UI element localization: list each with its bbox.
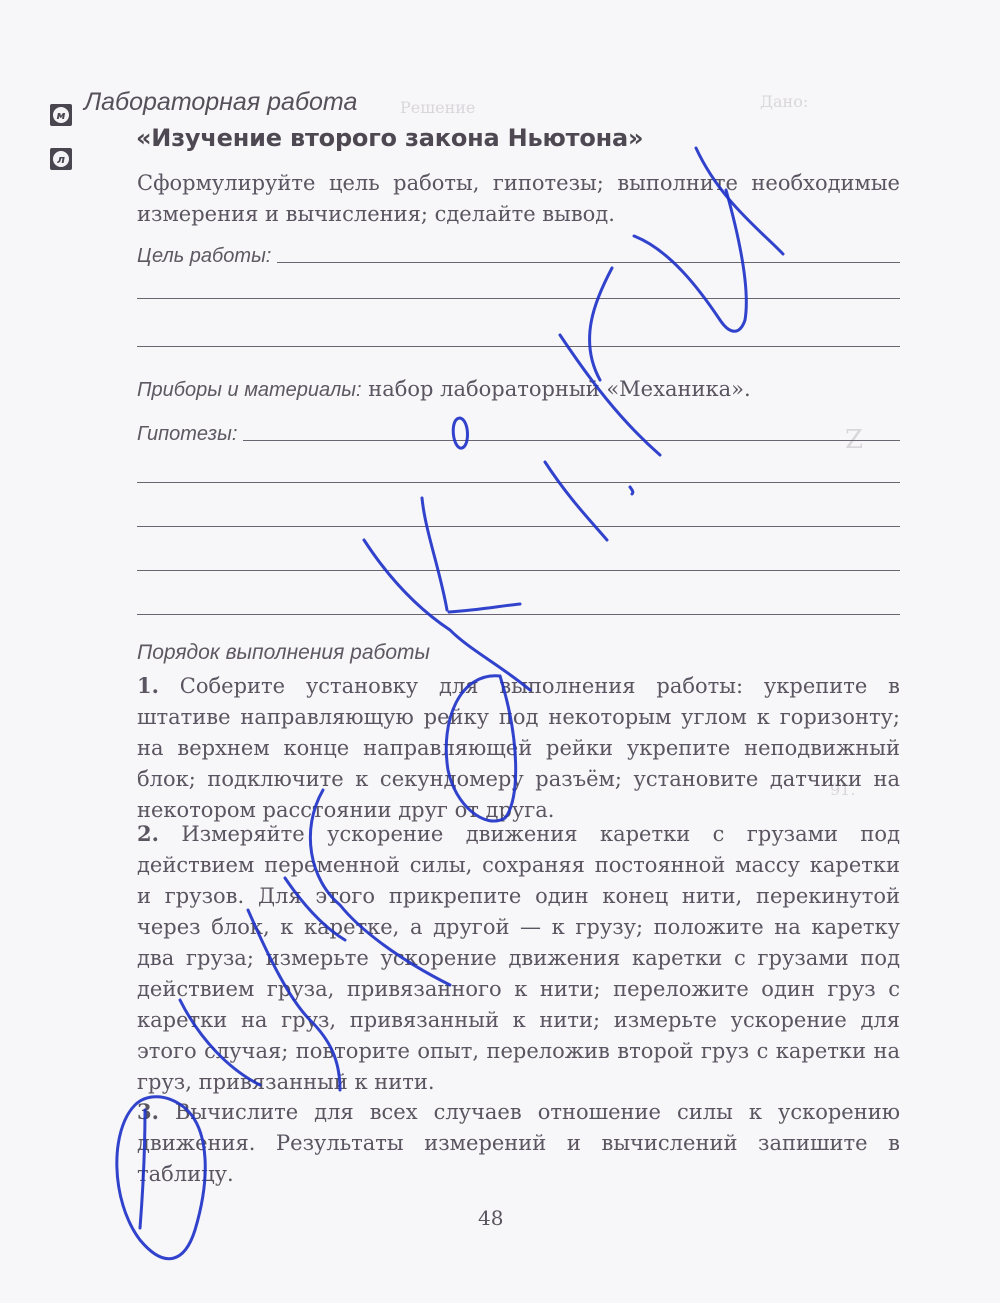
hypotheses-line-3[interactable] [137,526,900,527]
procedure-heading: Порядок выполнения работы [137,641,430,665]
hypotheses-line-5[interactable] [137,614,900,615]
hypotheses-label: Гипотезы: [137,423,237,446]
intro-instructions: Сформулируйте цель работы, гипотезы; вып… [137,168,900,230]
show-through-text: Дано: [760,92,808,111]
hypotheses-input-line[interactable] [243,440,900,441]
step-text: Измеряйте ускорение движения каретки с г… [137,822,900,1094]
procedure-step-3: 3. Вычислите для всех случаев отношение … [137,1096,900,1190]
hypotheses-line-4[interactable] [137,570,900,571]
equipment-label: Приборы и материалы: [137,379,362,401]
workbook-page: Дано: Решение Z 91. м л Лабораторная раб… [0,0,1000,1303]
page-number: 48 [478,1206,503,1230]
equipment-row: Приборы и материалы: набор лабораторный … [137,374,900,405]
goal-field[interactable]: Цель работы: [137,238,900,268]
step-text: Вычислите для всех случаев отношение сил… [137,1100,900,1186]
step-text: Соберите установку для выполнения работы… [137,674,900,822]
step-number: 1. [137,673,159,698]
hypotheses-line-2[interactable] [137,482,900,483]
hypotheses-field[interactable]: Гипотезы: [137,416,900,446]
step-number: 3. [137,1099,159,1124]
equipment-value: набор лабораторный «Механика». [368,377,750,401]
step-number: 2. [137,821,159,846]
procedure-step-2: 2. Измеряйте ускорение движения каретки … [137,818,900,1098]
goal-label: Цель работы: [137,245,271,268]
m-badge-icon: м [50,104,72,126]
goal-line-2[interactable] [137,298,900,299]
procedure-step-1: 1. Соберите установку для выполнения раб… [137,670,900,826]
goal-line-3[interactable] [137,346,900,347]
lab-work-kicker: Лабораторная работа [84,88,357,117]
page-title: «Изучение второго закона Ньютона» [136,124,643,152]
l-badge-icon: л [50,148,72,170]
goal-input-line[interactable] [277,262,900,263]
show-through-text: Решение [400,98,475,117]
